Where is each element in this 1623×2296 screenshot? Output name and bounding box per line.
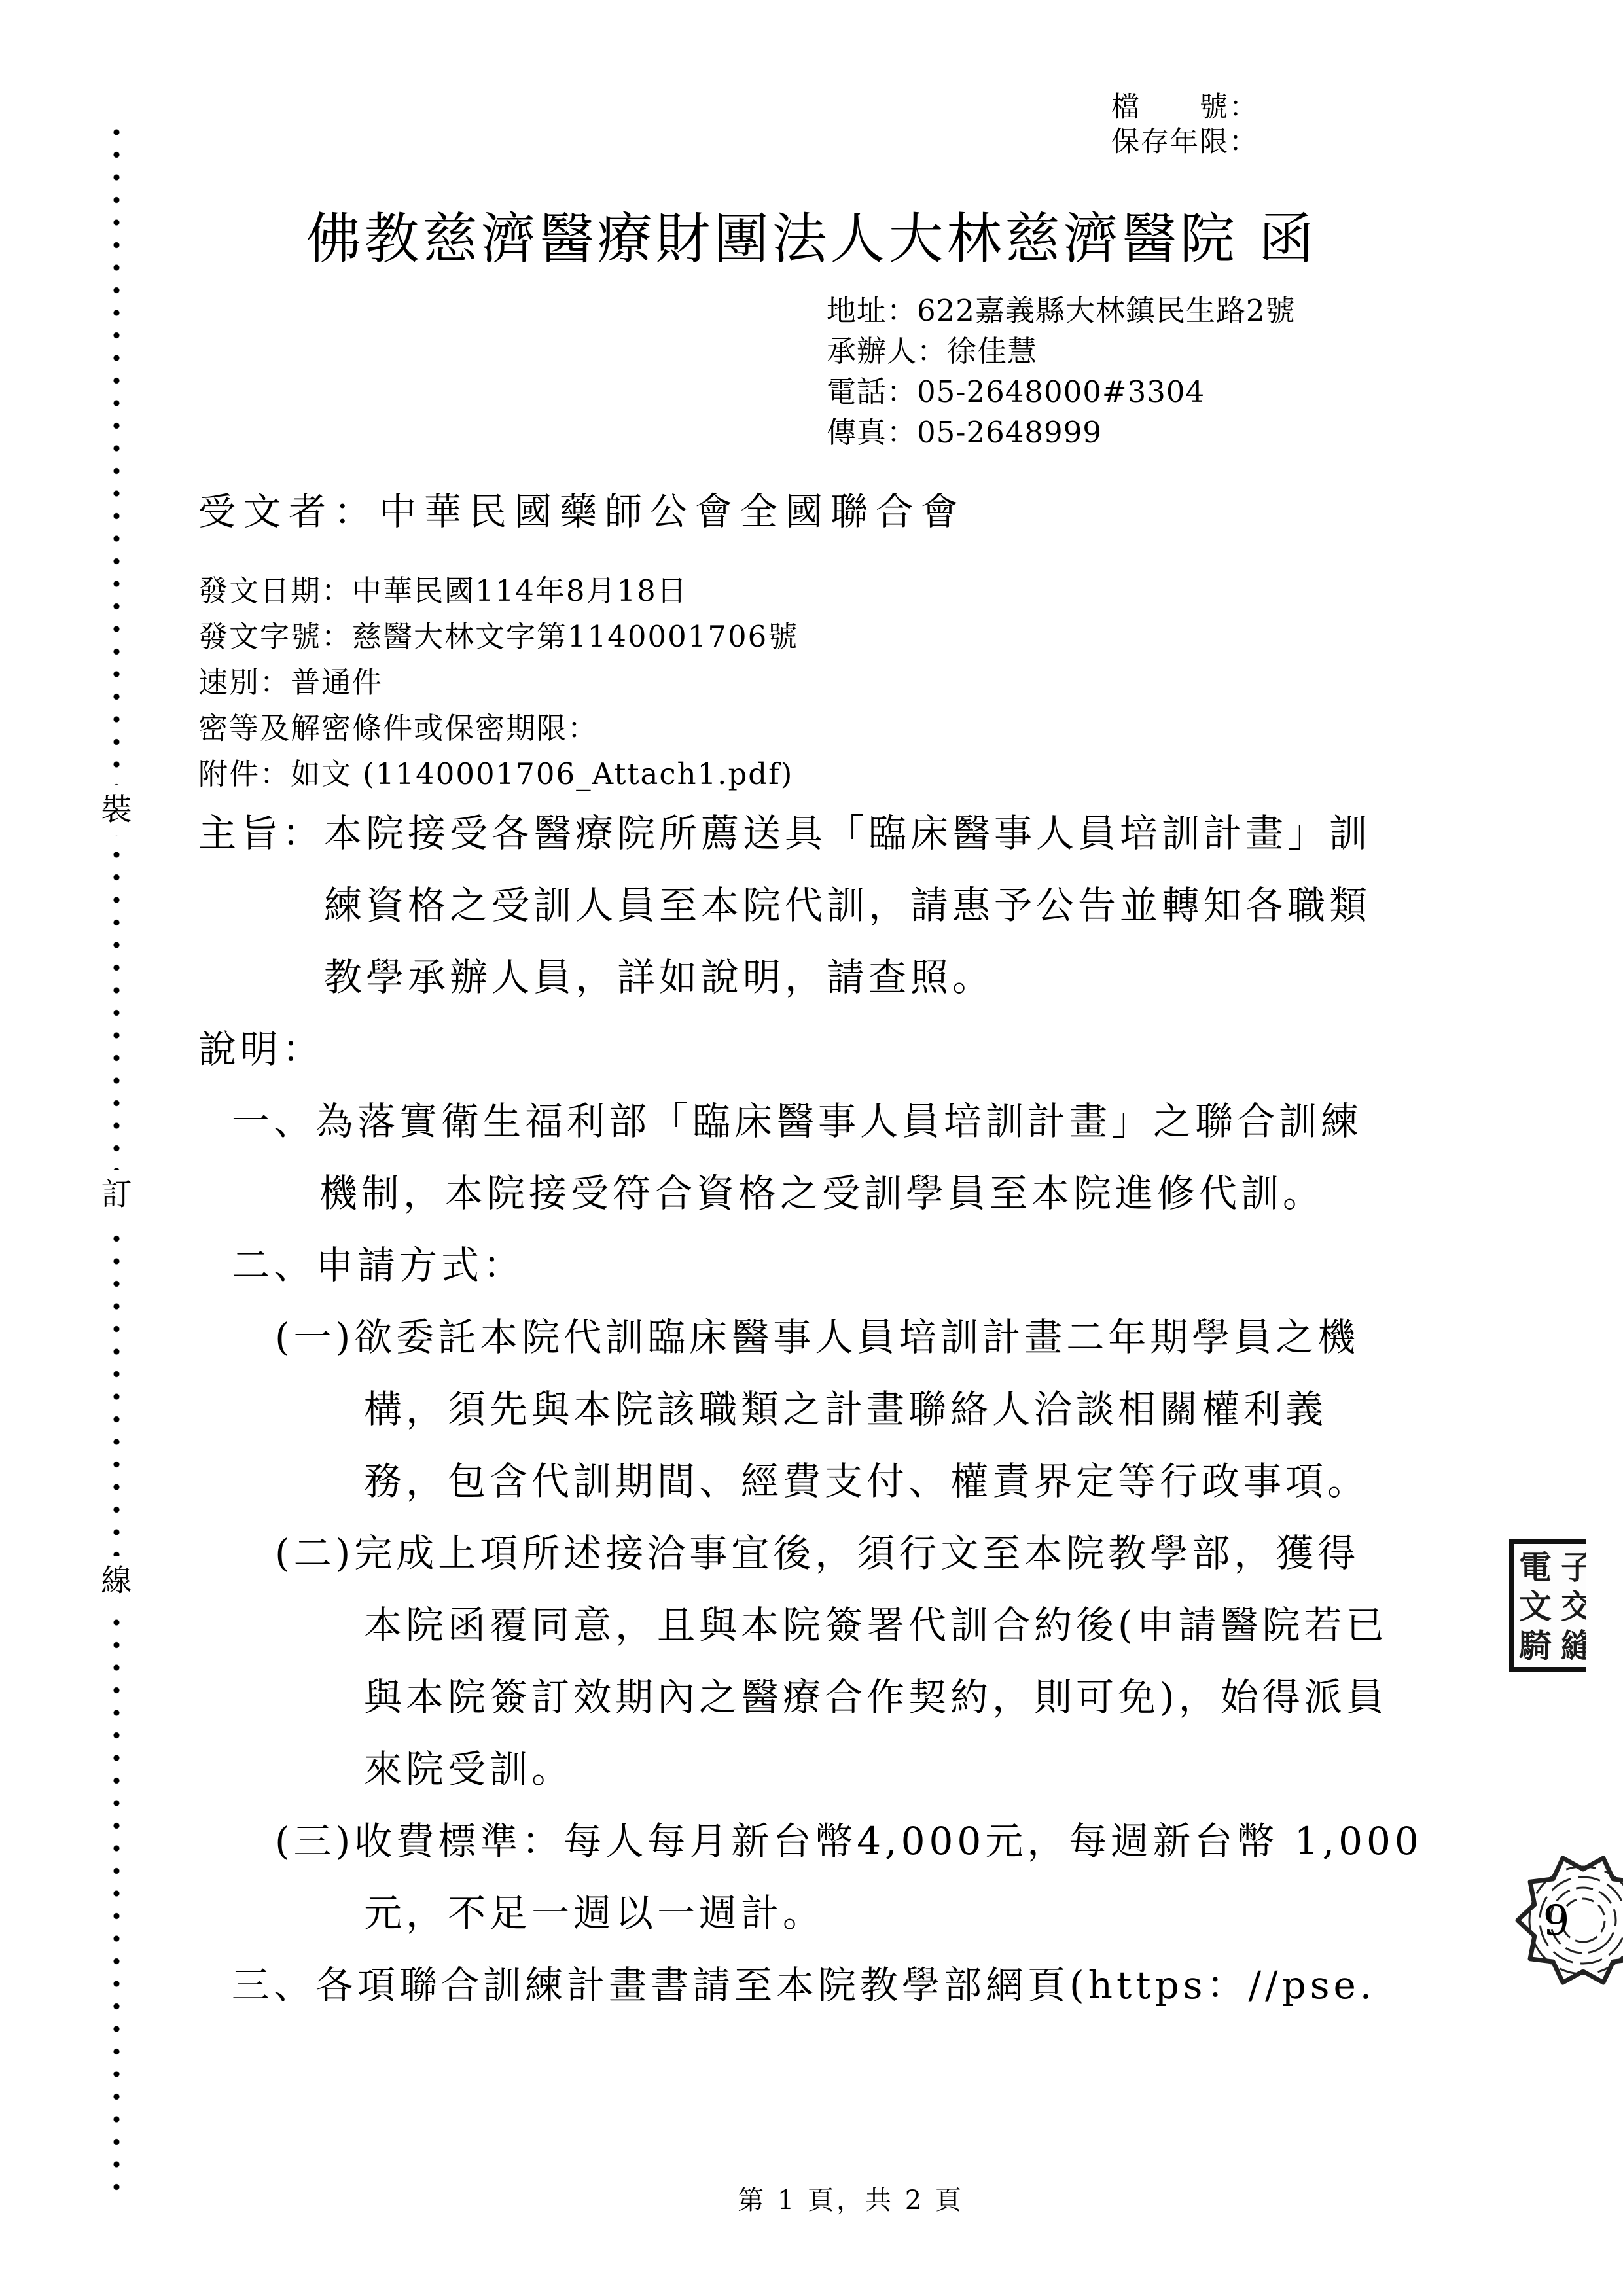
archive-header: 檔 號： 保存年限： xyxy=(1111,90,1258,160)
dispatch-date: 發文日期：中華民國114年8月18日 xyxy=(198,568,798,614)
electronic-exchange-stamp-text: 電子 文交 騎縫 xyxy=(1514,1544,1586,1666)
subject-line-2: 練資格之受訓人員至本院代訓，請惠予公告並轉知各職類 xyxy=(324,881,1371,929)
sender-phone: 電話：05-2648000#3304 xyxy=(827,372,1296,412)
sub-item1-line-1: (一)欲委託本院代訓臨床醫事人員培訓計畫二年期學員之機 xyxy=(275,1313,1359,1361)
sender-fax: 傳真：05-2648999 xyxy=(827,412,1296,453)
sub-item2-line-1: (二)完成上項所述接洽事宜後，須行文至本院教學部，獲得 xyxy=(275,1529,1359,1577)
binding-mark-xian: 線 xyxy=(97,1556,136,1606)
sender-address: 地址：622嘉義縣大林鎮民生路2號 xyxy=(827,291,1296,331)
sub-item1-line-3: 務，包含代訓期間、經費支付、權責界定等行政事項。 xyxy=(364,1457,1369,1505)
sub-item2-line-3: 與本院簽訂效期內之醫療合作契約，則可免)，始得派員 xyxy=(364,1673,1388,1721)
sender-officer: 承辦人：徐佳慧 xyxy=(827,331,1296,372)
explanation-label: 說明： xyxy=(198,1025,324,1073)
subject-line-1: 主旨：本院接受各醫療院所薦送具「臨床醫事人員培訓計畫」訓 xyxy=(198,809,1371,857)
binding-mark-zhuang: 裝 xyxy=(97,785,136,835)
dispatch-speed: 速別：普通件 xyxy=(198,660,798,706)
item1-line-2: 機制，本院接受符合資格之受訓學員至本院進修代訓。 xyxy=(319,1169,1325,1217)
electronic-exchange-stamp: 電子 文交 騎縫 xyxy=(1509,1539,1586,1672)
binding-dotted-line xyxy=(113,128,120,2200)
dispatch-attachment: 附件：如文 (1140001706_Attach1.pdf) xyxy=(198,751,798,797)
page-footer: 第 1 頁，共 2 頁 xyxy=(654,2179,1047,2217)
sub-item1-line-2: 構，須先與本院該職類之計畫聯絡人洽談相關權利義 xyxy=(364,1385,1327,1433)
dispatch-meta-block: 發文日期：中華民國114年8月18日 發文字號：慈醫大林文字第114000170… xyxy=(198,568,798,797)
dispatch-number: 發文字號：慈醫大林文字第1140001706號 xyxy=(198,614,798,660)
recipient-line: 受文者：中華民國藥師公會全國聯合會 xyxy=(198,482,966,535)
retention-period-label: 保存年限： xyxy=(1111,125,1258,160)
item1-line-1: 一、為落實衛生福利部「臨床醫事人員培訓計畫」之聯合訓練 xyxy=(232,1097,1363,1145)
item3-line-1: 三、各項聯合訓練計畫書請至本院教學部網頁(https：//pse. xyxy=(232,1961,1376,2009)
dispatch-security: 密等及解密條件或保密期限： xyxy=(198,706,798,751)
official-letter-page: 裝 訂 線 檔 號： 保存年限： 佛教慈濟醫療財團法人大林慈濟醫院 函 地址：6… xyxy=(0,0,1623,2296)
sub-item2-line-2: 本院函覆同意，且與本院簽署代訓合約後(申請醫院若已 xyxy=(364,1601,1388,1649)
subject-line-3: 教學承辦人員，詳如說明，請查照。 xyxy=(324,953,994,1001)
sub-item3-line-1: (三)收費標準：每人每月新台幣4,000元，每週新台幣 1,000 xyxy=(275,1817,1423,1865)
sender-info-block: 地址：622嘉義縣大林鎮民生路2號 承辦人：徐佳慧 電話：05-2648000#… xyxy=(827,291,1296,453)
page-seal-number: 9 xyxy=(1538,1897,1575,1945)
document-title: 佛教慈濟醫療財團法人大林慈濟醫院 函 xyxy=(0,195,1623,274)
file-number-label: 檔 號： xyxy=(1111,90,1258,125)
sub-item2-line-4: 來院受訓。 xyxy=(364,1745,573,1793)
sub-item3-line-2: 元，不足一週以一週計。 xyxy=(364,1889,825,1937)
item2-line-1: 二、申請方式： xyxy=(232,1241,525,1289)
binding-mark-ding: 訂 xyxy=(97,1170,136,1220)
